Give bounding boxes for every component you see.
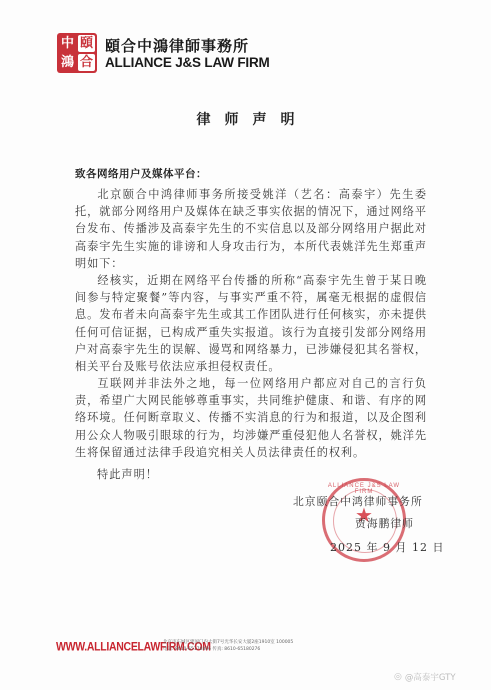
logo-char: 鴻 — [59, 54, 76, 71]
document-page: 中 頤 鴻 合 頤合中鴻律師事務所 ALLIANCE J&S LAW FIRM … — [0, 0, 491, 690]
paragraph-text: 经核实，近期在网络平台传播的所称“高泰宇先生曾于某日晚间参与特定聚餐”等内容，与… — [75, 272, 427, 375]
firm-name-english: ALLIANCE J&S LAW FIRM — [105, 55, 270, 70]
firm-seal-logo: 中 頤 鴻 合 — [57, 33, 97, 73]
weibo-icon: ◎ — [394, 672, 402, 682]
watermark: ◎ @高泰宇GTY — [394, 671, 456, 683]
addressee: 致各网络用户及媒体平台： — [75, 166, 207, 181]
footer-phone-line: 电话: 8610-65178866 传真: 8610-65180276 — [163, 646, 293, 653]
paragraph-3: 互联网并非法外之地，每一位网络用户都应对自己的言行负责，希望广大网民能够尊重事实… — [75, 375, 427, 461]
closing-statement: 特此声明！ — [97, 466, 158, 482]
signature-lawyer: 贾海鹏律师 — [355, 516, 414, 531]
paragraph-1: 北京颐合中鸿律师事务所接受姚洋（艺名：高泰宇）先生委托，就部分网络用户及媒体在缺… — [75, 186, 427, 272]
firm-name-chinese: 頤合中鴻律師事務所 — [105, 37, 270, 55]
document-title: 律师声明 — [0, 109, 491, 129]
signature-date: 2025 年 9 月 12 日 — [330, 539, 444, 555]
firm-names: 頤合中鴻律師事務所 ALLIANCE J&S LAW FIRM — [105, 37, 270, 70]
paragraph-text: 北京颐合中鸿律师事务所接受姚洋（艺名：高泰宇）先生委托，就部分网络用户及媒体在缺… — [75, 186, 427, 272]
logo-char: 中 — [59, 35, 76, 52]
paragraph-2: 经核实，近期在网络平台传播的所称“高泰宇先生曾于某日晚间参与特定聚餐”等内容，与… — [75, 272, 427, 375]
footer-address: 北京市东城区建国门内大街7号光华长安大厦2座1910室 100005 电话: 8… — [163, 639, 293, 653]
letterhead: 中 頤 鴻 合 頤合中鴻律師事務所 ALLIANCE J&S LAW FIRM — [57, 33, 270, 73]
signature-firm: 北京颐合中鸿律师事务所 — [293, 494, 423, 509]
paragraph-text: 互联网并非法外之地，每一位网络用户都应对自己的言行负责，希望广大网民能够尊重事实… — [75, 375, 427, 461]
footer-address-line: 北京市东城区建国门内大街7号光华长安大厦2座1910室 100005 — [163, 639, 293, 646]
logo-char: 頤 — [78, 35, 95, 52]
logo-char: 合 — [78, 54, 95, 71]
watermark-handle: @高泰宇GTY — [405, 671, 456, 683]
